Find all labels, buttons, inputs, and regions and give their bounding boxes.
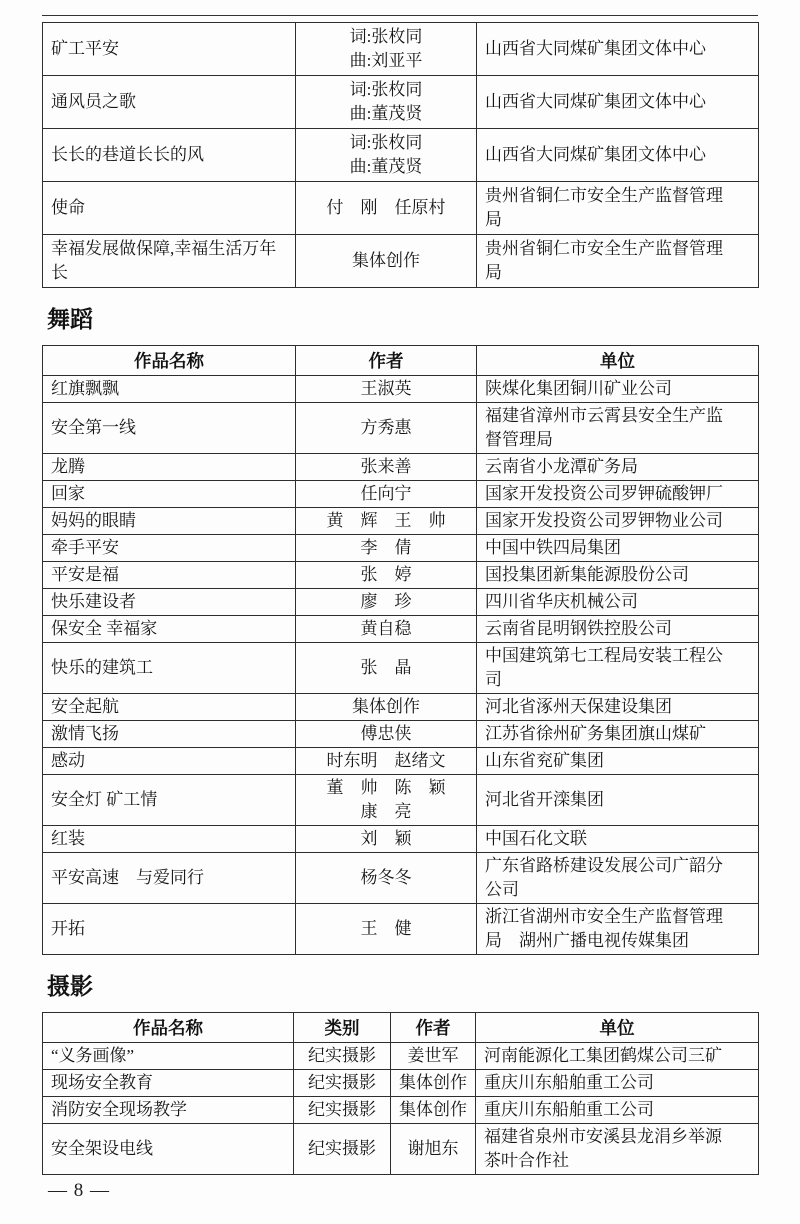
table-row: 龙腾 张来善 云南省小龙潭矿务局: [43, 454, 759, 481]
table-row: 牵手平安 李 倩 中国中铁四局集团: [43, 535, 759, 562]
work-title-cell: 通风员之歌: [43, 76, 296, 129]
unit-cell: 重庆川东船舶重工公司: [476, 1070, 759, 1097]
table-row: 红装 刘 颖 中国石化文联: [43, 826, 759, 853]
unit-cell: 河南能源化工集团鹤煤公司三矿: [476, 1043, 759, 1070]
table-row: 感动 时东明 赵绪文 山东省兖矿集团: [43, 748, 759, 775]
unit-cell: 山东省兖矿集团: [477, 748, 759, 775]
work-title-cell: 回家: [43, 481, 296, 508]
table-row: 安全起航 集体创作 河北省涿州天保建设集团: [43, 694, 759, 721]
table-row: 矿工平安 词:张枚同 曲:刘亚平 山西省大同煤矿集团文体中心: [43, 23, 759, 76]
author-cell: 王 健: [296, 904, 477, 955]
table-header-row: 作品名称 类别 作者 单位: [43, 1013, 759, 1043]
column-header-unit: 单位: [477, 346, 759, 376]
work-title-cell: 红装: [43, 826, 296, 853]
table-row: 长长的巷道长长的风 词:张枚同 曲:董茂贤 山西省大同煤矿集团文体中心: [43, 129, 759, 182]
table-row: 通风员之歌 词:张枚同 曲:董茂贤 山西省大同煤矿集团文体中心: [43, 76, 759, 129]
author-cell: 张 晶: [296, 643, 477, 694]
column-header-author: 作者: [391, 1013, 476, 1043]
author-cell: 集体创作: [391, 1070, 476, 1097]
work-title-cell: 龙腾: [43, 454, 296, 481]
work-title-cell: 红旗飘飘: [43, 376, 296, 403]
work-title-cell: 使命: [43, 182, 296, 235]
work-title-cell: 幸福发展做保障,幸福生活万年长: [43, 235, 296, 288]
unit-cell: 河北省开滦集团: [477, 775, 759, 826]
author-cell: 任向宁: [296, 481, 477, 508]
section-title-dance: 舞蹈: [47, 306, 758, 333]
author-cell: 张来善: [296, 454, 477, 481]
author-cell: 王淑英: [296, 376, 477, 403]
author-cell: 廖 珍: [296, 589, 477, 616]
unit-cell: 贵州省铜仁市安全生产监督管理局: [477, 182, 759, 235]
work-title-cell: 安全灯 矿工情: [43, 775, 296, 826]
work-title-cell: 现场安全教育: [43, 1070, 294, 1097]
table-row: 开拓 王 健 浙江省湖州市安全生产监督管理局 湖州广播电视传媒集团: [43, 904, 759, 955]
author-cell: 刘 颖: [296, 826, 477, 853]
category-cell: 纪实摄影: [294, 1043, 391, 1070]
author-cell: 李 倩: [296, 535, 477, 562]
work-title-cell: 妈妈的眼睛: [43, 508, 296, 535]
table-header-row: 作品名称 作者 单位: [43, 346, 759, 376]
author-cell: 傅忠侠: [296, 721, 477, 748]
work-title-cell: 牵手平安: [43, 535, 296, 562]
dance-table: 作品名称 作者 单位 红旗飘飘 王淑英 陕煤化集团铜川矿业公司 安全第一线 方秀…: [42, 345, 759, 955]
unit-cell: 山西省大同煤矿集团文体中心: [477, 23, 759, 76]
work-title-cell: 开拓: [43, 904, 296, 955]
author-cell: 黄 辉 王 帅: [296, 508, 477, 535]
page-top-rule: [42, 15, 758, 16]
unit-cell: 山西省大同煤矿集团文体中心: [477, 129, 759, 182]
work-title-cell: 消防安全现场教学: [43, 1097, 294, 1124]
author-cell: 姜世军: [391, 1043, 476, 1070]
author-cell: 集体创作: [391, 1097, 476, 1124]
page-number: — 8 —: [48, 1180, 110, 1202]
work-title-cell: 平安高速 与爱同行: [43, 853, 296, 904]
column-header-category: 类别: [294, 1013, 391, 1043]
unit-cell: 河北省涿州天保建设集团: [477, 694, 759, 721]
unit-cell: 陕煤化集团铜川矿业公司: [477, 376, 759, 403]
table-row: 红旗飘飘 王淑英 陕煤化集团铜川矿业公司: [43, 376, 759, 403]
unit-cell: 云南省昆明钢铁控股公司: [477, 616, 759, 643]
work-title-cell: 快乐的建筑工: [43, 643, 296, 694]
category-cell: 纪实摄影: [294, 1097, 391, 1124]
author-cell: 张 婷: [296, 562, 477, 589]
table-row: 快乐建设者 廖 珍 四川省华庆机械公司: [43, 589, 759, 616]
author-cell: 集体创作: [296, 235, 477, 288]
unit-cell: 福建省漳州市云霄县安全生产监督管理局: [477, 403, 759, 454]
table-row: 安全第一线 方秀惠 福建省漳州市云霄县安全生产监督管理局: [43, 403, 759, 454]
column-header-title: 作品名称: [43, 1013, 294, 1043]
unit-cell: 福建省泉州市安溪县龙涓乡举源茶叶合作社: [476, 1124, 759, 1175]
songs-continued-table: 矿工平安 词:张枚同 曲:刘亚平 山西省大同煤矿集团文体中心 通风员之歌 词:张…: [42, 22, 759, 288]
author-cell: 董 帅 陈 颖 康 亮: [296, 775, 477, 826]
author-cell: 谢旭东: [391, 1124, 476, 1175]
unit-cell: 国家开发投资公司罗钾物业公司: [477, 508, 759, 535]
author-cell: 方秀惠: [296, 403, 477, 454]
work-title-cell: “义务画像”: [43, 1043, 294, 1070]
author-cell: 付 刚 任原村: [296, 182, 477, 235]
table-row: 安全架设电线 纪实摄影 谢旭东 福建省泉州市安溪县龙涓乡举源茶叶合作社: [43, 1124, 759, 1175]
work-title-cell: 安全第一线: [43, 403, 296, 454]
table-row: 消防安全现场教学 纪实摄影 集体创作 重庆川东船舶重工公司: [43, 1097, 759, 1124]
unit-cell: 国投集团新集能源股份公司: [477, 562, 759, 589]
work-title-cell: 平安是福: [43, 562, 296, 589]
table-row: “义务画像” 纪实摄影 姜世军 河南能源化工集团鹤煤公司三矿: [43, 1043, 759, 1070]
photography-table: 作品名称 类别 作者 单位 “义务画像” 纪实摄影 姜世军 河南能源化工集团鹤煤…: [42, 1012, 759, 1175]
unit-cell: 四川省华庆机械公司: [477, 589, 759, 616]
unit-cell: 中国建筑第七工程局安装工程公司: [477, 643, 759, 694]
table-row: 使命 付 刚 任原村 贵州省铜仁市安全生产监督管理局: [43, 182, 759, 235]
table-row: 幸福发展做保障,幸福生活万年长 集体创作 贵州省铜仁市安全生产监督管理局: [43, 235, 759, 288]
unit-cell: 江苏省徐州矿务集团旗山煤矿: [477, 721, 759, 748]
work-title-cell: 长长的巷道长长的风: [43, 129, 296, 182]
unit-cell: 中国中铁四局集团: [477, 535, 759, 562]
unit-cell: 中国石化文联: [477, 826, 759, 853]
table-row: 快乐的建筑工 张 晶 中国建筑第七工程局安装工程公司: [43, 643, 759, 694]
table-row: 保安全 幸福家 黄自稳 云南省昆明钢铁控股公司: [43, 616, 759, 643]
section-title-photography: 摄影: [47, 973, 758, 1000]
table-row: 激情飞扬 傅忠侠 江苏省徐州矿务集团旗山煤矿: [43, 721, 759, 748]
table-row: 现场安全教育 纪实摄影 集体创作 重庆川东船舶重工公司: [43, 1070, 759, 1097]
unit-cell: 广东省路桥建设发展公司广韶分公司: [477, 853, 759, 904]
author-cell: 黄自稳: [296, 616, 477, 643]
work-title-cell: 激情飞扬: [43, 721, 296, 748]
author-cell: 词:张枚同 曲:刘亚平: [296, 23, 477, 76]
author-cell: 词:张枚同 曲:董茂贤: [296, 129, 477, 182]
document-page: 矿工平安 词:张枚同 曲:刘亚平 山西省大同煤矿集团文体中心 通风员之歌 词:张…: [0, 0, 800, 1224]
work-title-cell: 安全架设电线: [43, 1124, 294, 1175]
column-header-unit: 单位: [476, 1013, 759, 1043]
author-cell: 时东明 赵绪文: [296, 748, 477, 775]
table-row: 平安是福 张 婷 国投集团新集能源股份公司: [43, 562, 759, 589]
column-header-author: 作者: [296, 346, 477, 376]
work-title-cell: 矿工平安: [43, 23, 296, 76]
unit-cell: 山西省大同煤矿集团文体中心: [477, 76, 759, 129]
unit-cell: 浙江省湖州市安全生产监督管理局 湖州广播电视传媒集团: [477, 904, 759, 955]
author-cell: 词:张枚同 曲:董茂贤: [296, 76, 477, 129]
table-row: 安全灯 矿工情 董 帅 陈 颖 康 亮 河北省开滦集团: [43, 775, 759, 826]
unit-cell: 重庆川东船舶重工公司: [476, 1097, 759, 1124]
table-row: 妈妈的眼睛 黄 辉 王 帅 国家开发投资公司罗钾物业公司: [43, 508, 759, 535]
table-row: 回家 任向宁 国家开发投资公司罗钾硫酸钾厂: [43, 481, 759, 508]
work-title-cell: 保安全 幸福家: [43, 616, 296, 643]
unit-cell: 贵州省铜仁市安全生产监督管理局: [477, 235, 759, 288]
unit-cell: 云南省小龙潭矿务局: [477, 454, 759, 481]
work-title-cell: 安全起航: [43, 694, 296, 721]
page-content: 矿工平安 词:张枚同 曲:刘亚平 山西省大同煤矿集团文体中心 通风员之歌 词:张…: [42, 15, 758, 1175]
category-cell: 纪实摄影: [294, 1124, 391, 1175]
category-cell: 纪实摄影: [294, 1070, 391, 1097]
unit-cell: 国家开发投资公司罗钾硫酸钾厂: [477, 481, 759, 508]
table-row: 平安高速 与爱同行 杨冬冬 广东省路桥建设发展公司广韶分公司: [43, 853, 759, 904]
column-header-title: 作品名称: [43, 346, 296, 376]
work-title-cell: 感动: [43, 748, 296, 775]
work-title-cell: 快乐建设者: [43, 589, 296, 616]
author-cell: 杨冬冬: [296, 853, 477, 904]
author-cell: 集体创作: [296, 694, 477, 721]
